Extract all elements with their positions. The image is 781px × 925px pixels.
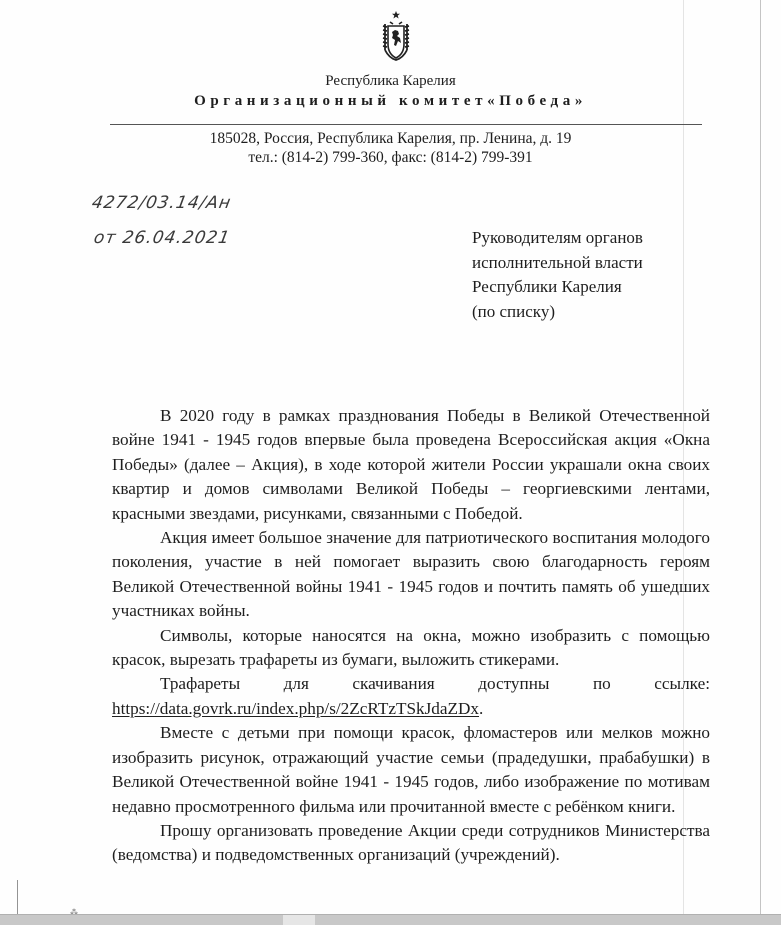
recipient-line: Республики Карелия [472, 275, 643, 300]
paragraph: Прошу организовать проведение Акции сред… [112, 819, 710, 868]
phone-fax-line: тел.: (814-2) 799-360, факс: (814-2) 799… [0, 148, 781, 167]
recipient-block: Руководителям органов исполнительной вла… [472, 226, 643, 324]
region-name: Республика Карелия [0, 72, 781, 90]
letter-body: В 2020 году в рамках празднования Победы… [112, 404, 710, 868]
karelia-coat-of-arms-icon [381, 10, 411, 62]
paragraph-with-link: Трафареты для скачивания доступны по ссы… [112, 672, 710, 696]
paragraph: Символы, которые наносятся на окна, можн… [112, 624, 710, 673]
recipient-line: (по списку) [472, 300, 643, 325]
link-suffix: . [479, 699, 483, 718]
handwritten-date: от 26.04.2021 [92, 228, 232, 248]
paragraph-text: Трафареты для скачивания доступны по ссы… [160, 674, 710, 693]
recipient-line: Руководителям органов [472, 226, 643, 251]
organization-name: Организационный комитет«Победа» [0, 92, 781, 110]
paragraph: Вместе с детьми при помощи красок, флома… [112, 721, 710, 819]
page-bottom-scrollbar[interactable] [0, 914, 781, 925]
organization-address: 185028, Россия, Республика Карелия, пр. … [0, 129, 781, 167]
scrollbar-thumb[interactable] [283, 915, 315, 925]
link-line: https://data.govrk.ru/index.php/s/2ZcRTz… [112, 697, 710, 721]
header-divider [110, 124, 702, 125]
stencils-download-link[interactable]: https://data.govrk.ru/index.php/s/2ZcRTz… [112, 699, 479, 718]
address-line: 185028, Россия, Республика Карелия, пр. … [0, 129, 781, 148]
paragraph: Акция имеет большое значение для патриот… [112, 526, 710, 624]
handwritten-registration-number: 4272/03.14/Ан [90, 193, 233, 213]
paragraph: В 2020 году в рамках празднования Победы… [112, 404, 710, 526]
scan-artifact-line [17, 880, 18, 914]
recipient-line: исполнительной власти [472, 251, 643, 276]
document-page: Республика Карелия Организационный комит… [0, 0, 781, 914]
